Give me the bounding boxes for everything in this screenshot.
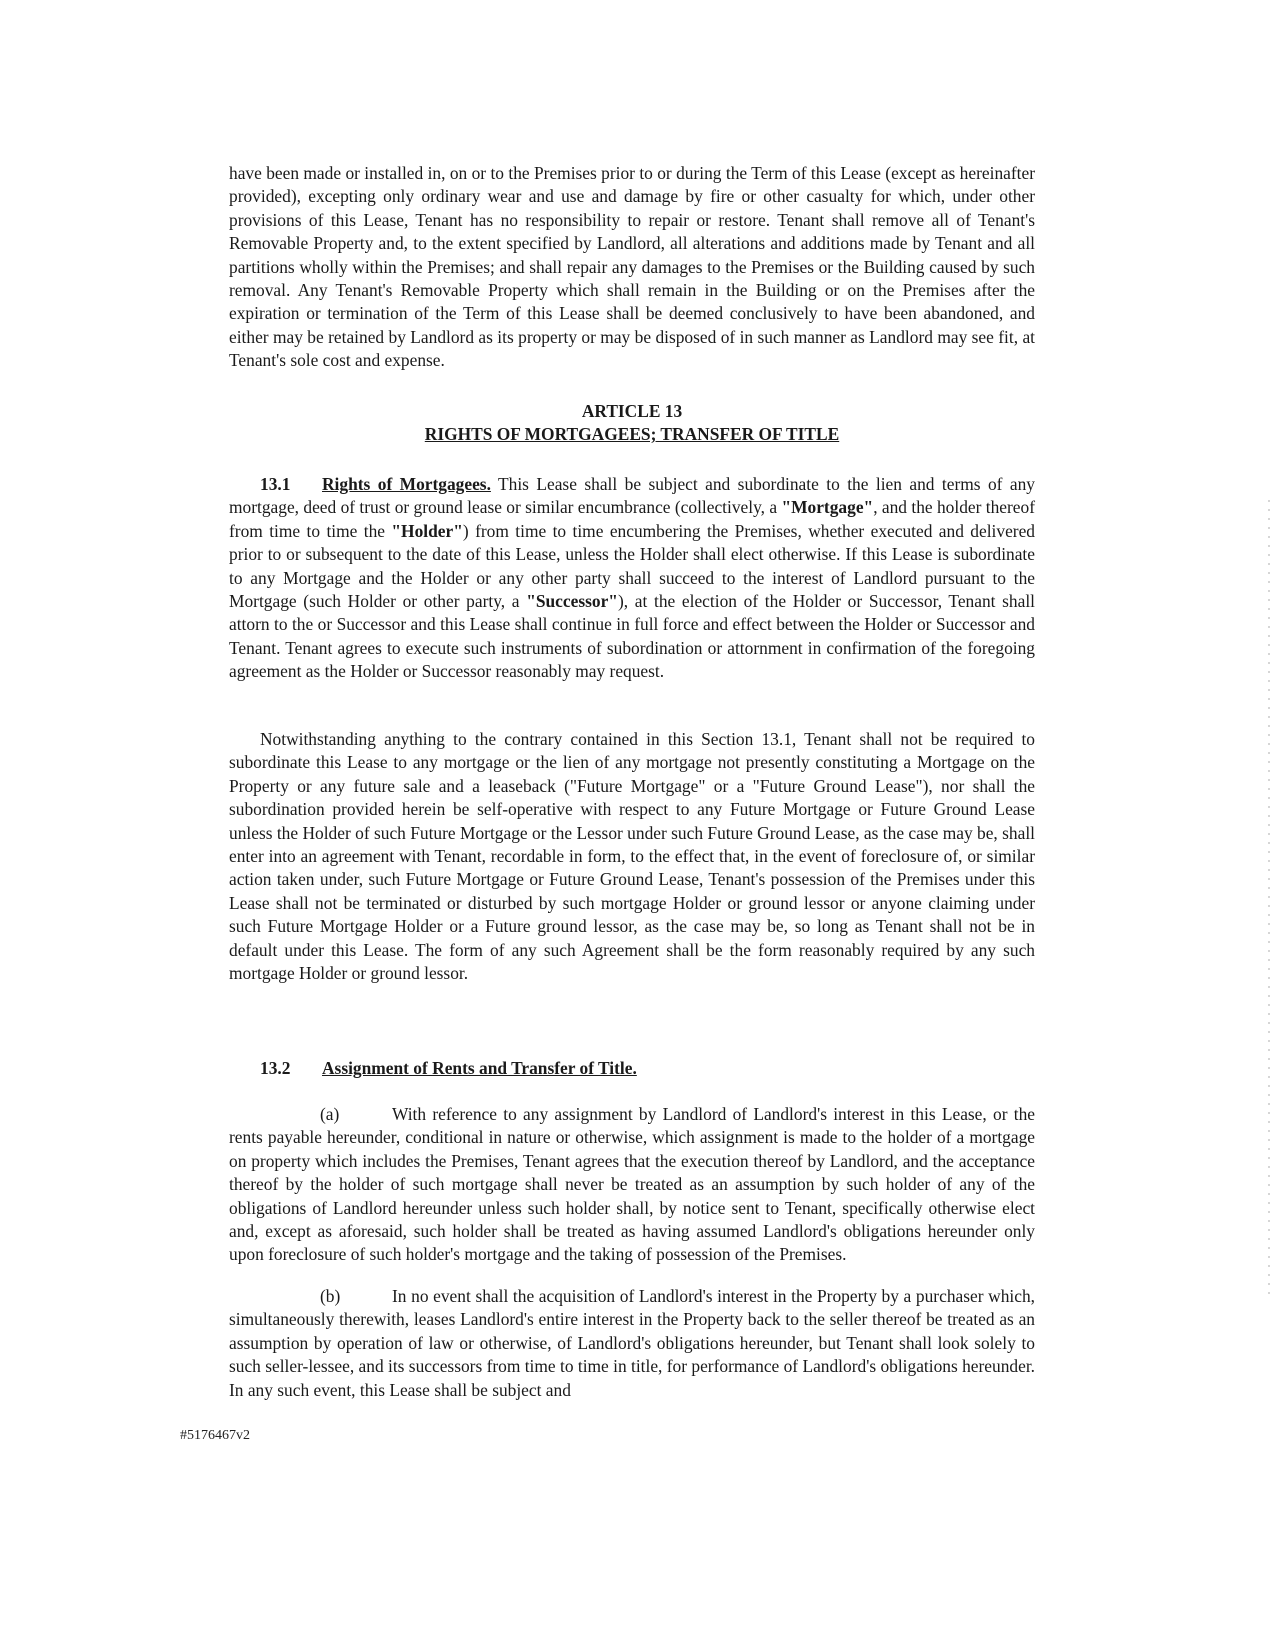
section-title: Rights of Mortgagees. [322, 474, 491, 494]
section-13-1: 13.1Rights of Mortgagees. This Lease sha… [229, 473, 1035, 684]
continuation-paragraph: have been made or installed in, on or to… [229, 162, 1035, 373]
section-number: 13.2 [260, 1058, 322, 1079]
section-number: 13.1 [260, 473, 322, 496]
document-page: have been made or installed in, on or to… [0, 0, 1275, 1650]
defined-term: "Mortgage" [781, 497, 873, 517]
subsection-a-paragraph: (a)With reference to any assignment by L… [229, 1103, 1035, 1267]
subsection-label: (a) [320, 1103, 392, 1126]
document-id-footer: #5176467v2 [180, 1428, 250, 1444]
scan-edge-artifact [1268, 500, 1270, 1300]
article-number: ARTICLE 13 [229, 400, 1035, 423]
section-13-2-heading: 13.2Assignment of Rents and Transfer of … [260, 1058, 637, 1079]
defined-term: "Successor" [526, 591, 618, 611]
section-title: Assignment of Rents and Transfer of Titl… [322, 1058, 637, 1078]
paragraph-text: Notwithstanding anything to the contrary… [229, 728, 1035, 985]
section-13-1-paragraph: 13.1Rights of Mortgagees. This Lease sha… [229, 473, 1035, 684]
subsection-text: With reference to any assignment by Land… [229, 1104, 1035, 1264]
subsection-label: (b) [320, 1285, 392, 1308]
defined-term: "Holder" [391, 521, 462, 541]
article-title: RIGHTS OF MORTGAGEES; TRANSFER OF TITLE [229, 423, 1035, 446]
notwithstanding-paragraph: Notwithstanding anything to the contrary… [229, 728, 1035, 985]
subsection-a: (a)With reference to any assignment by L… [229, 1103, 1035, 1267]
subsection-b-paragraph: (b)In no event shall the acquisition of … [229, 1285, 1035, 1402]
paragraph-text: have been made or installed in, on or to… [229, 162, 1035, 373]
subsection-b: (b)In no event shall the acquisition of … [229, 1285, 1035, 1402]
article-heading: ARTICLE 13 RIGHTS OF MORTGAGEES; TRANSFE… [229, 400, 1035, 446]
